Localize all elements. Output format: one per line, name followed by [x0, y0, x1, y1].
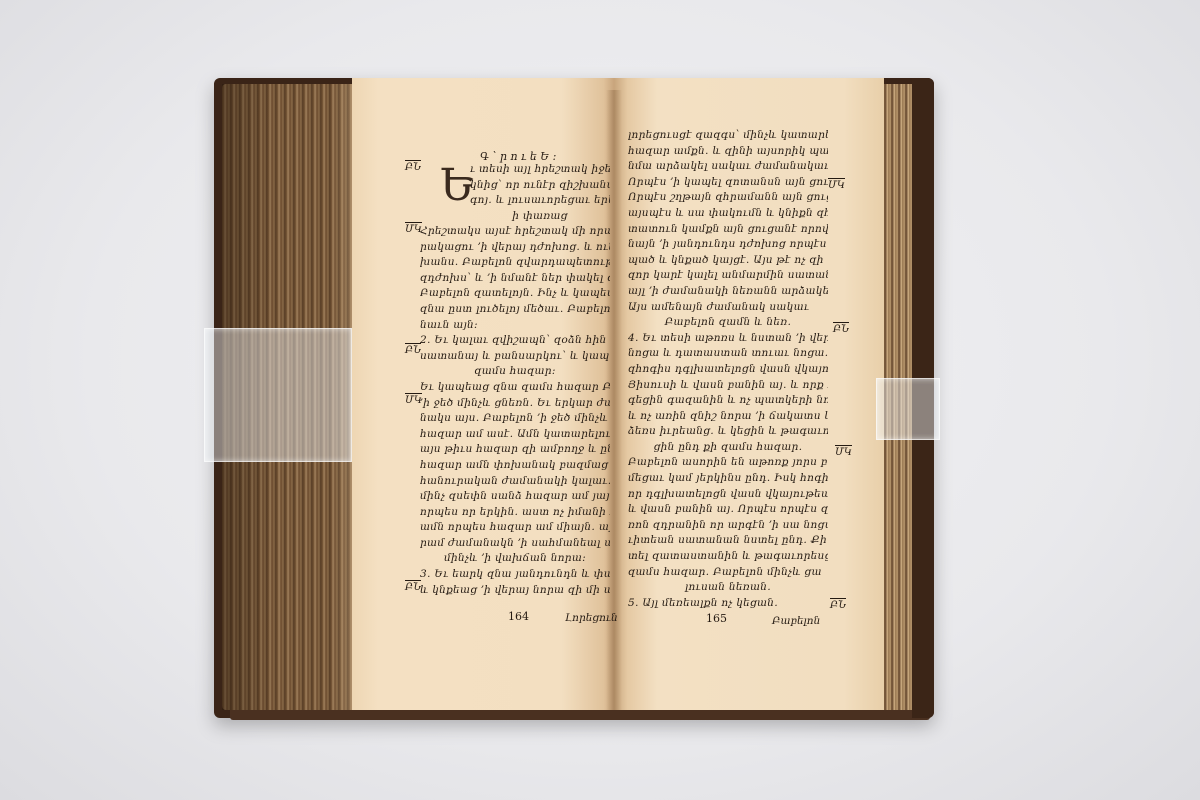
margin-note: ԲՆ	[405, 160, 421, 173]
margin-note: ՄԿ	[405, 222, 422, 235]
text-line: զդժոխս՝ և ՚ի նմանէ ներ փակել զատանայն	[420, 271, 610, 287]
text-line: րակացու ՚ի վերայ դժոխոց․ և ունի զիշ	[420, 240, 610, 256]
text-line: ձեռս իւրեանց․ և կեցին և թագաւորե	[628, 424, 828, 440]
text-line: րամ ժամանակն ՚ի սահմանեալ այսպիսեաց	[420, 536, 610, 552]
text-line: ւ տեսի այլ հրեշտակ իջեալ յեր	[470, 162, 610, 178]
text-line: մինչև ՚ի վախճան նորա։	[420, 551, 610, 567]
margin-note: ԲՆ	[405, 580, 421, 593]
left-page-text: ւ տեսի այլ հրեշտակ իջեալ յերկնից՝ որ ուն…	[470, 162, 610, 224]
text-line: հանուրական ժամանակի կալաւ․ Բայց և	[420, 474, 610, 490]
text-line: այսպէս և սա փակումն և կնիքն զհաս	[628, 206, 828, 222]
text-line: և ոչ առին զնիշ նորա ՚ի ճակատս և ՚ի	[628, 409, 828, 425]
text-line: որ դգլխատելոցն վասն վկայութեանն քի	[628, 487, 828, 503]
text-line: 5․ Այլ մեռեալքն ոչ կեցան․	[628, 596, 828, 612]
text-line: այս թիւս հազար զի ամբողջ և ընդ	[420, 442, 610, 458]
text-line: գոյ․ և լուսաւորեցաւ երկիր	[470, 193, 610, 209]
text-line: 4․ Եւ տեսի աթոռս և նստան ՚ի վերայ	[628, 331, 828, 347]
text-line: ի փառաց	[470, 209, 610, 225]
text-line: մեցաւ կամ յերկինս ընդ․ Իսկ հոգիք նոցա	[628, 471, 828, 487]
text-line: նմա արձակել սակաւ ժամանակաւ․	[628, 159, 828, 175]
text-line: զնա ըստ լուծելոյ մեծաւ․ Բաբելոն հրամա	[420, 302, 610, 318]
text-line: զհոգիս դգլխատելոցն վասն վկայութեան	[628, 362, 828, 378]
text-line: ՚ի ջեծ մինչև ցնեռն․ Եւ երկար ժամա	[420, 396, 610, 412]
text-line: ցին ընդ քի զամս հազար․	[628, 440, 828, 456]
text-line: Յիսուսի և վասն բանին այ․ և որք ոչ երկիրպ…	[628, 378, 828, 394]
margin-note: ԲՆ	[833, 322, 849, 335]
margin-note: ԲՆ	[830, 598, 846, 611]
text-line: զամս հազար։	[420, 364, 610, 380]
right-page-text: լորեցուսցէ զազգս՝ մինչև կատարեսցինհազար …	[628, 128, 828, 611]
text-line: Բաբելոն զամն և նեռ․	[628, 315, 828, 331]
right-page-number: 165	[706, 612, 727, 625]
text-line: 3․ Եւ եարկ զնա յանդունդն և փակեաց	[420, 567, 610, 583]
text-line: և կնքեաց ՚ի վերայ նորա զի մի այլ ևս մ	[420, 583, 610, 599]
text-line: պած և կնքած կայցէ․ Այս թէ ոչ զի	[628, 253, 828, 269]
text-line: ռոն զդրանին որ արգէն ՚ի սա նոցա յա	[628, 518, 828, 534]
text-line: մինչ զսեփն սանձ հազար ամ յայս թե	[420, 489, 610, 505]
text-line: տել զատաստանին և թագաւորեսցեն ընդ	[628, 549, 828, 565]
left-page-number: 164	[508, 610, 529, 623]
tape-strip-right	[876, 378, 940, 440]
text-line: Որպէս ՚ի կապել զոտանսն այն ցուցանէ․	[628, 175, 828, 191]
text-line: 2․ Եւ կալաւ զվիշապն՝ զօձն հին որ է	[420, 333, 610, 349]
text-line: հազար ամ ասէ․ Ամն կատարելութեան	[420, 427, 610, 443]
text-line: հազար ամն փոխանակ բազմաց և ընդ	[420, 458, 610, 474]
text-line: Որպէս շղթայն զհրամանն այն ցուցանէ․	[628, 190, 828, 206]
text-line: խանս․ Բաբելոն զվարդապետութիւն բանաւոր	[420, 255, 610, 271]
text-line: ամն որպես հազար ամ միայն․ այլ հազա	[420, 520, 610, 536]
left-catchword: Լորեցուն	[565, 612, 618, 624]
text-line: գեցին գազանին և ոչ պատկերի նորին․	[628, 393, 828, 409]
text-line: և վասն բանին այ․ Որպէս որպէս զասոա	[628, 502, 828, 518]
text-line: որպես որ երկին․ աստ ոչ իմանի հազար	[420, 505, 610, 521]
margin-note: ՄԿ	[828, 178, 845, 191]
text-line: Այս ամենայն ժամանակ սակաւ	[628, 300, 828, 316]
text-line: տատուն կամքն այն ցուցանէ որով սատա	[628, 222, 828, 238]
text-line: նաւն այն։	[420, 318, 610, 334]
text-line: զոր կարէ կալել անմարմին սատանայն	[628, 268, 828, 284]
text-line: զամս հազար․ Բաբելոն մինչև ցա	[628, 565, 828, 581]
margin-note: ԲՆ	[405, 343, 421, 356]
text-line: լուսան նեռան․	[628, 580, 828, 596]
tape-strip-left	[204, 328, 352, 462]
text-line: ւիտեան սատանան նստել ընդ․ Քի և դա	[628, 533, 828, 549]
text-line: նայն ՚ի յանդունդս դժոխոց որպէս կա	[628, 237, 828, 253]
text-line: այլ ՚ի ժամանակի նեռանն արձակեսցի	[628, 284, 828, 300]
text-line: լորեցուսցէ զազգս՝ մինչև կատարեսցին	[628, 128, 828, 144]
text-line: նոցա և դատաստան տուաւ նոցա․ և տեսի	[628, 346, 828, 362]
text-line: հազար ամքն․ և զինի այսորիկ պարտ է	[628, 144, 828, 160]
margin-note: ՄԿ	[835, 445, 852, 458]
text-line: սատանայ և բանսարկու՝ և կապեաց զնա	[420, 349, 610, 365]
text-line: Բաբելոն զատելոյն․ Ինչ և կապեաց	[420, 286, 610, 302]
text-line: կնից՝ որ ունէր զիշխանս ահա	[470, 178, 610, 194]
text-line: Հրեշտակս այսէ հրեշտակ մի որպես վե	[420, 224, 610, 240]
right-catchword: Բաբելոն	[772, 615, 820, 627]
text-line: Եւ կապեաց զնա զամս հազար Բաբելոն	[420, 380, 610, 396]
text-line: Բաբելոն ասորին են աթոռք յորս բազ	[628, 455, 828, 471]
margin-note: ՄԿ	[405, 393, 422, 406]
text-line: նակս այս․ Բաբելոն ՚ի ջեծ մինչև ցնեռն․	[420, 411, 610, 427]
left-page-text-body: Հրեշտակս այսէ հրեշտակ մի որպես վերակացու…	[420, 224, 610, 598]
